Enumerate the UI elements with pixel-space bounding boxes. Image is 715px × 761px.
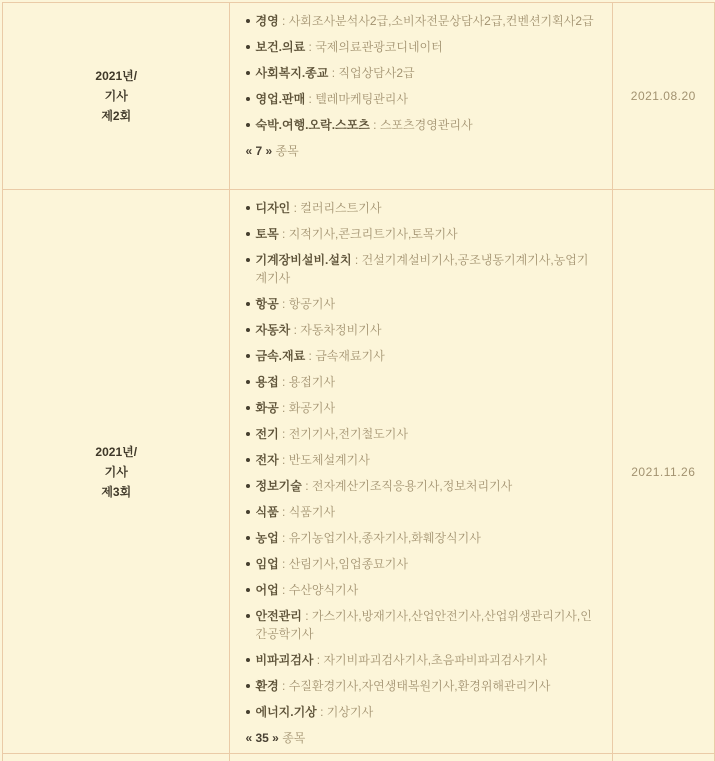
category-label: 어업 xyxy=(255,583,278,597)
certification-values: 직업상담사2급 xyxy=(338,66,414,80)
certification-values: 스포츠경영관리사 xyxy=(380,118,473,132)
session-line: 기사 xyxy=(4,86,228,106)
certification-values: 반도체설계기사 xyxy=(289,453,370,467)
list-item: 안전관리 : 가스기사,방재기사,산업안전기사,산업위생관리기사,인간공학기사 xyxy=(245,607,599,643)
exam-date-cell: 2021.08.20 xyxy=(612,3,714,190)
bullet-icon xyxy=(246,710,250,714)
subject-count: « 7 » 종목 xyxy=(245,142,599,160)
bullet-icon xyxy=(246,510,250,514)
subject-count: « 35 » 종목 xyxy=(245,729,599,747)
category-label: 기계장비설비.설치 xyxy=(255,253,351,267)
separator: : xyxy=(279,297,289,311)
separator: : xyxy=(302,609,312,623)
category-list: 디자인 : 컬러리스트기사토목 : 지적기사,콘크리트기사,토목기사기계장비설비… xyxy=(245,199,599,721)
category-label: 환경 xyxy=(255,679,278,693)
bullet-icon xyxy=(246,19,250,23)
bullet-icon xyxy=(246,258,250,262)
exam-items-cell: 디자인 : 컬러리스트기사토목 : 지적기사,콘크리트기사,토목기사기계장비설비… xyxy=(230,190,612,750)
certification-values: 텔레마케팅관리사 xyxy=(315,92,408,106)
list-item: 디자인 : 컬러리스트기사 xyxy=(245,199,599,217)
separator: : xyxy=(317,705,327,719)
bullet-icon xyxy=(246,380,250,384)
certification-values: 전자계산기조직응용기사,정보처리기사 xyxy=(312,479,512,493)
subject-count-unit: 종목 xyxy=(272,144,299,158)
separator: : xyxy=(279,401,289,415)
bullet-icon xyxy=(246,123,250,127)
separator: : xyxy=(279,375,289,389)
category-label: 비파괴검사 xyxy=(255,653,313,667)
certification-values: 항공기사 xyxy=(289,297,335,311)
bullet-icon xyxy=(246,232,250,236)
exam-session-cell: 2021년/기사제2회 xyxy=(3,3,230,190)
bullet-icon xyxy=(246,458,250,462)
separator: : xyxy=(279,679,289,693)
separator: : xyxy=(352,253,362,267)
separator: : xyxy=(279,557,289,571)
exam-date-cell: 2021.11.26 xyxy=(612,190,714,750)
separator: : xyxy=(305,40,315,54)
certification-values: 자기비파괴검사기사,초음파비파괴검사기사 xyxy=(323,653,547,667)
session-line: 2021년/ xyxy=(4,442,228,462)
bullet-icon xyxy=(246,614,250,618)
category-label: 보건.의료 xyxy=(255,40,305,54)
category-label: 경영 xyxy=(255,14,278,28)
certification-values: 국제의료관광코디네이터 xyxy=(315,40,443,54)
category-label: 영업.판매 xyxy=(255,92,305,106)
list-item: 임업 : 산림기사,임업종묘기사 xyxy=(245,555,599,573)
bullet-icon xyxy=(246,562,250,566)
list-item: 토목 : 지적기사,콘크리트기사,토목기사 xyxy=(245,225,599,243)
certification-values: 수질환경기사,자연생태복원기사,환경위해관리기사 xyxy=(289,679,551,693)
certification-values: 사회조사분석사2급,소비자전문상담사2급,컨벤션기획사2급 xyxy=(289,14,594,28)
category-label: 식품 xyxy=(255,505,278,519)
separator: : xyxy=(302,479,312,493)
category-label: 농업 xyxy=(255,531,278,545)
category-label: 화공 xyxy=(255,401,278,415)
list-item: 화공 : 화공기사 xyxy=(245,399,599,417)
certification-values: 금속재료기사 xyxy=(315,349,385,363)
list-item: 숙박.여행.오락.스포츠 : 스포츠경영관리사 xyxy=(245,116,599,134)
list-item: 항공 : 항공기사 xyxy=(245,295,599,313)
bullet-icon xyxy=(246,354,250,358)
certification-values: 화공기사 xyxy=(289,401,335,415)
list-item: 식품 : 식품기사 xyxy=(245,503,599,521)
table-row: 2021년/기사제2회경영 : 사회조사분석사2급,소비자전문상담사2급,컨벤션… xyxy=(3,3,715,190)
bullet-icon xyxy=(246,71,250,75)
category-label: 디자인 xyxy=(255,201,290,215)
bullet-icon xyxy=(246,206,250,210)
session-line: 2021년/ xyxy=(4,66,228,86)
list-item: 환경 : 수질환경기사,자연생태복원기사,환경위해관리기사 xyxy=(245,677,599,695)
category-label: 사회복지.종교 xyxy=(255,66,328,80)
bullet-icon xyxy=(246,432,250,436)
bullet-icon xyxy=(246,658,250,662)
exam-schedule-table: 2021년/기사제2회경영 : 사회조사분석사2급,소비자전문상담사2급,컨벤션… xyxy=(2,2,715,749)
subject-count-unit: 종목 xyxy=(279,731,306,745)
list-item: 자동차 : 자동차정비기사 xyxy=(245,321,599,339)
bullet-icon xyxy=(246,328,250,332)
category-list: 경영 : 사회조사분석사2급,소비자전문상담사2급,컨벤션기획사2급보건.의료 … xyxy=(245,12,599,134)
category-label: 에너지.기상 xyxy=(255,705,316,719)
exam-items-cell: 경영 : 사회조사분석사2급,소비자전문상담사2급,컨벤션기획사2급보건.의료 … xyxy=(230,3,612,190)
session-line: 제3회 xyxy=(4,482,228,502)
bullet-icon xyxy=(246,484,250,488)
list-item: 사회복지.종교 : 직업상담사2급 xyxy=(245,64,599,82)
subject-count-number: « 35 » xyxy=(245,731,278,745)
category-label: 전기 xyxy=(255,427,278,441)
separator: : xyxy=(328,66,338,80)
certification-values: 기상기사 xyxy=(327,705,373,719)
separator: : xyxy=(279,453,289,467)
separator: : xyxy=(313,653,323,667)
separator: : xyxy=(290,201,300,215)
separator: : xyxy=(279,505,289,519)
category-label: 자동차 xyxy=(255,323,290,337)
bullet-icon xyxy=(246,302,250,306)
category-label: 전자 xyxy=(255,453,278,467)
certification-values: 자동차정비기사 xyxy=(300,323,381,337)
certification-values: 지적기사,콘크리트기사,토목기사 xyxy=(289,227,458,241)
session-line: 기사 xyxy=(4,462,228,482)
separator: : xyxy=(279,14,289,28)
category-label: 금속.재료 xyxy=(255,349,305,363)
list-item: 용접 : 용접기사 xyxy=(245,373,599,391)
bullet-icon xyxy=(246,97,250,101)
list-item: 농업 : 유기농업기사,종자기사,화훼장식기사 xyxy=(245,529,599,547)
category-label: 토목 xyxy=(255,227,278,241)
separator: : xyxy=(305,92,315,106)
subject-count-number: « 7 » xyxy=(245,144,272,158)
category-label: 정보기술 xyxy=(255,479,301,493)
separator: : xyxy=(279,227,289,241)
exam-session-cell: 2021년/기사제3회 xyxy=(3,190,230,750)
list-item: 비파괴검사 : 자기비파괴검사기사,초음파비파괴검사기사 xyxy=(245,651,599,669)
table-row: 2021년/기사제3회디자인 : 컬러리스트기사토목 : 지적기사,콘크리트기사… xyxy=(3,190,715,750)
list-item: 에너지.기상 : 기상기사 xyxy=(245,703,599,721)
separator: : xyxy=(279,427,289,441)
list-item: 보건.의료 : 국제의료관광코디네이터 xyxy=(245,38,599,56)
certification-values: 수산양식기사 xyxy=(289,583,359,597)
list-item: 영업.판매 : 텔레마케팅관리사 xyxy=(245,90,599,108)
certification-values: 전기기사,전기철도기사 xyxy=(289,427,408,441)
category-label: 항공 xyxy=(255,297,278,311)
bullet-icon xyxy=(246,45,250,49)
bullet-icon xyxy=(246,588,250,592)
separator: : xyxy=(305,349,315,363)
list-item: 기계장비설비.설치 : 건설기계설비기사,공조냉동기계기사,농업기계기사 xyxy=(245,251,599,287)
list-item: 경영 : 사회조사분석사2급,소비자전문상담사2급,컨벤션기획사2급 xyxy=(245,12,599,30)
category-label: 임업 xyxy=(255,557,278,571)
list-item: 어업 : 수산양식기사 xyxy=(245,581,599,599)
bullet-icon xyxy=(246,684,250,688)
bullet-icon xyxy=(246,536,250,540)
certification-values: 용접기사 xyxy=(289,375,335,389)
separator: : xyxy=(279,531,289,545)
certification-values: 유기농업기사,종자기사,화훼장식기사 xyxy=(289,531,481,545)
session-line: 제2회 xyxy=(4,106,228,126)
category-label: 숙박.여행.오락.스포츠 xyxy=(255,118,369,132)
category-label: 용접 xyxy=(255,375,278,389)
exam-table-body: 2021년/기사제2회경영 : 사회조사분석사2급,소비자전문상담사2급,컨벤션… xyxy=(3,3,715,750)
list-item: 정보기술 : 전자계산기조직응용기사,정보처리기사 xyxy=(245,477,599,495)
separator: : xyxy=(370,118,380,132)
list-item: 금속.재료 : 금속재료기사 xyxy=(245,347,599,365)
certification-values: 식품기사 xyxy=(289,505,335,519)
separator: : xyxy=(279,583,289,597)
separator: : xyxy=(290,323,300,337)
list-item: 전기 : 전기기사,전기철도기사 xyxy=(245,425,599,443)
certification-values: 컬러리스트기사 xyxy=(300,201,381,215)
certification-values: 산림기사,임업종묘기사 xyxy=(289,557,408,571)
list-item: 전자 : 반도체설계기사 xyxy=(245,451,599,469)
bullet-icon xyxy=(246,406,250,410)
category-label: 안전관리 xyxy=(255,609,301,623)
